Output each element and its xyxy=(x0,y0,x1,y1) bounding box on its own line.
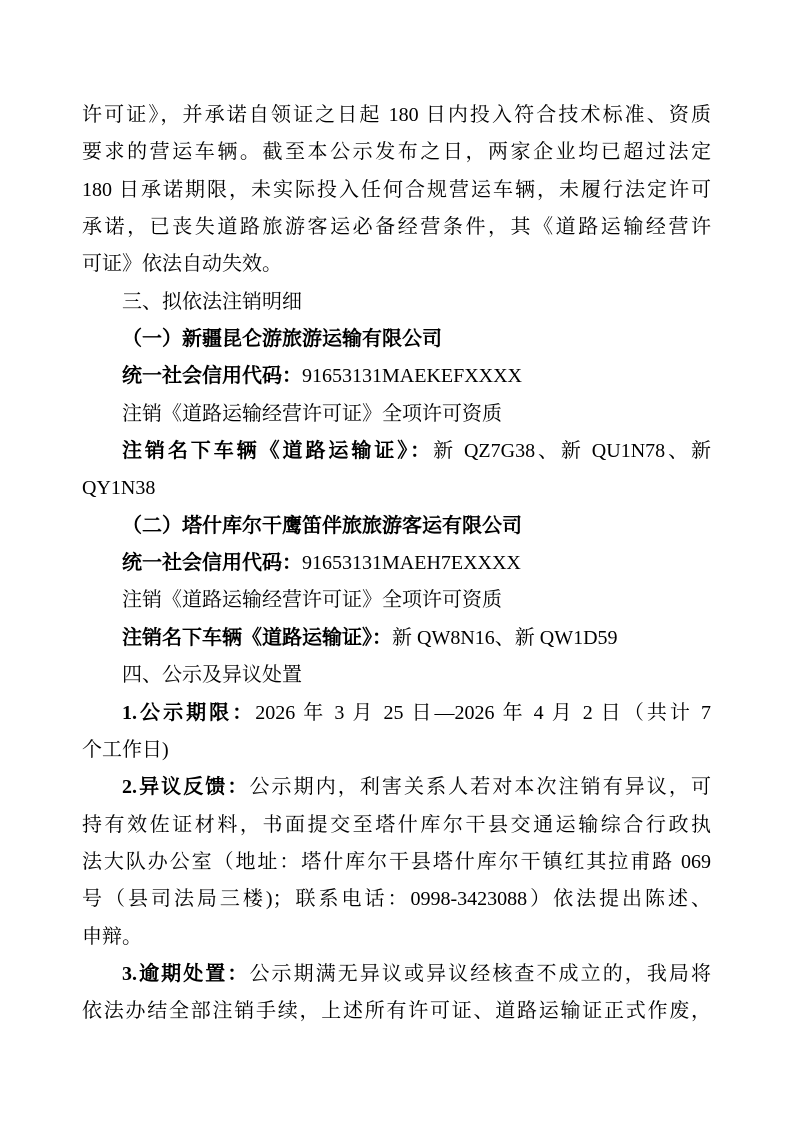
text-segment: 91653131MAEH7EXXXX xyxy=(302,552,521,574)
document-text-body: 许可证》，并承诺自领证之日起 180 日内投入符合技术标准、资质要求的营运车辆。… xyxy=(82,97,711,1031)
text-line: 180 日承诺期限，未实际投入任何合规营运车辆，未履行法定许可 xyxy=(82,172,711,209)
text-segment: 申辩。 xyxy=(82,926,142,948)
text-segment: QY1N38 xyxy=(82,477,155,499)
text-line: 要求的营运车辆。截至本公示发布之日，两家企业均已超过法定 xyxy=(82,134,711,171)
text-line: 法大队办公室（地址：塔什库尔干县塔什库尔干镇红其拉甫路 069 xyxy=(82,844,711,881)
text-line: 注销名下车辆《道路运输证》：新 QZ7G38、新 QU1N78、新 xyxy=(82,433,711,470)
text-line: 三、拟依法注销明细 xyxy=(82,284,711,321)
text-line: 四、公示及异议处置 xyxy=(82,657,711,694)
text-line: 依法办结全部注销手续，上述所有许可证、道路运输证正式作废， xyxy=(82,993,711,1030)
text-line: 承诺，已丧失道路旅游客运必备经营条件，其《道路运输经营许 xyxy=(82,209,711,246)
text-line: 可证》依法自动失效。 xyxy=(82,246,711,283)
bold-text-segment: 统一社会信用代码： xyxy=(122,552,302,574)
text-line: （一）新疆昆仑游旅游运输有限公司 xyxy=(82,321,711,358)
text-segment: 承诺，已丧失道路旅游客运必备经营条件，其《道路运输经营许 xyxy=(82,216,711,238)
document-page: 许可证》，并承诺自领证之日起 180 日内投入符合技术标准、资质要求的营运车辆。… xyxy=(0,0,793,1122)
text-segment: 要求的营运车辆。截至本公示发布之日，两家企业均已超过法定 xyxy=(82,141,711,163)
text-line: 持有效佐证材料，书面提交至塔什库尔干县交通运输综合行政执 xyxy=(82,807,711,844)
text-segment: 新 QW8N16、新 QW1D59 xyxy=(392,627,618,649)
text-line: 个工作日) xyxy=(82,732,711,769)
text-line: 申辩。 xyxy=(82,919,711,956)
text-segment: 三、拟依法注销明细 xyxy=(122,291,302,313)
text-segment: 新 QZ7G38、新 QU1N78、新 xyxy=(433,440,711,462)
text-line: QY1N38 xyxy=(82,470,711,507)
text-segment: 2026 年 3 月 25 日—2026 年 4 月 2 日（共计 7 xyxy=(255,702,711,724)
text-line: 1.公示期限：2026 年 3 月 25 日—2026 年 4 月 2 日（共计… xyxy=(82,695,711,732)
text-line: （二）塔什库尔干鹰笛伴旅旅游客运有限公司 xyxy=(82,508,711,545)
text-segment: 91653131MAEKEFXXXX xyxy=(302,365,522,387)
text-line: 注销《道路运输经营许可证》全项许可资质 xyxy=(82,582,711,619)
text-segment: 公示期满无异议或异议经核查不成立的，我局将 xyxy=(249,963,711,985)
text-line: 2.异议反馈：公示期内，利害关系人若对本次注销有异议，可 xyxy=(82,769,711,806)
text-line: 3.逾期处置：公示期满无异议或异议经核查不成立的，我局将 xyxy=(82,956,711,993)
bold-text-segment: 2.异议反馈： xyxy=(122,776,249,798)
text-segment: 可证》依法自动失效。 xyxy=(82,253,282,275)
text-segment: 注销《道路运输经营许可证》全项许可资质 xyxy=(122,589,502,611)
text-line: 统一社会信用代码：91653131MAEH7EXXXX xyxy=(82,545,711,582)
text-segment: 许可证》，并承诺自领证之日起 180 日内投入符合技术标准、资质 xyxy=(82,104,711,126)
text-segment: 号（县司法局三楼)；联系电话：0998-3423088）依法提出陈述、 xyxy=(82,888,711,910)
text-segment: 180 日承诺期限，未实际投入任何合规营运车辆，未履行法定许可 xyxy=(82,179,711,201)
text-segment: 四、公示及异议处置 xyxy=(122,664,302,686)
text-line: 注销名下车辆《道路运输证》：新 QW8N16、新 QW1D59 xyxy=(82,620,711,657)
bold-text-segment: 注销名下车辆《道路运输证》： xyxy=(122,440,433,462)
text-line: 许可证》，并承诺自领证之日起 180 日内投入符合技术标准、资质 xyxy=(82,97,711,134)
bold-text-segment: 注销名下车辆《道路运输证》： xyxy=(122,627,392,649)
text-segment: 持有效佐证材料，书面提交至塔什库尔干县交通运输综合行政执 xyxy=(82,814,711,836)
text-segment: 公示期内，利害关系人若对本次注销有异议，可 xyxy=(249,776,711,798)
text-segment: 个工作日) xyxy=(82,739,169,761)
bold-text-segment: 3.逾期处置： xyxy=(122,963,249,985)
bold-text-segment: 统一社会信用代码： xyxy=(122,365,302,387)
text-segment: 依法办结全部注销手续，上述所有许可证、道路运输证正式作废， xyxy=(82,1000,711,1022)
text-segment: 法大队办公室（地址：塔什库尔干县塔什库尔干镇红其拉甫路 069 xyxy=(82,851,711,873)
bold-text-segment: 1.公示期限： xyxy=(122,702,255,724)
bold-text-segment: （一）新疆昆仑游旅游运输有限公司 xyxy=(122,328,442,350)
text-line: 注销《道路运输经营许可证》全项许可资质 xyxy=(82,396,711,433)
bold-text-segment: （二）塔什库尔干鹰笛伴旅旅游客运有限公司 xyxy=(122,515,522,537)
text-line: 统一社会信用代码：91653131MAEKEFXXXX xyxy=(82,358,711,395)
text-segment: 注销《道路运输经营许可证》全项许可资质 xyxy=(122,403,502,425)
text-line: 号（县司法局三楼)；联系电话：0998-3423088）依法提出陈述、 xyxy=(82,881,711,918)
